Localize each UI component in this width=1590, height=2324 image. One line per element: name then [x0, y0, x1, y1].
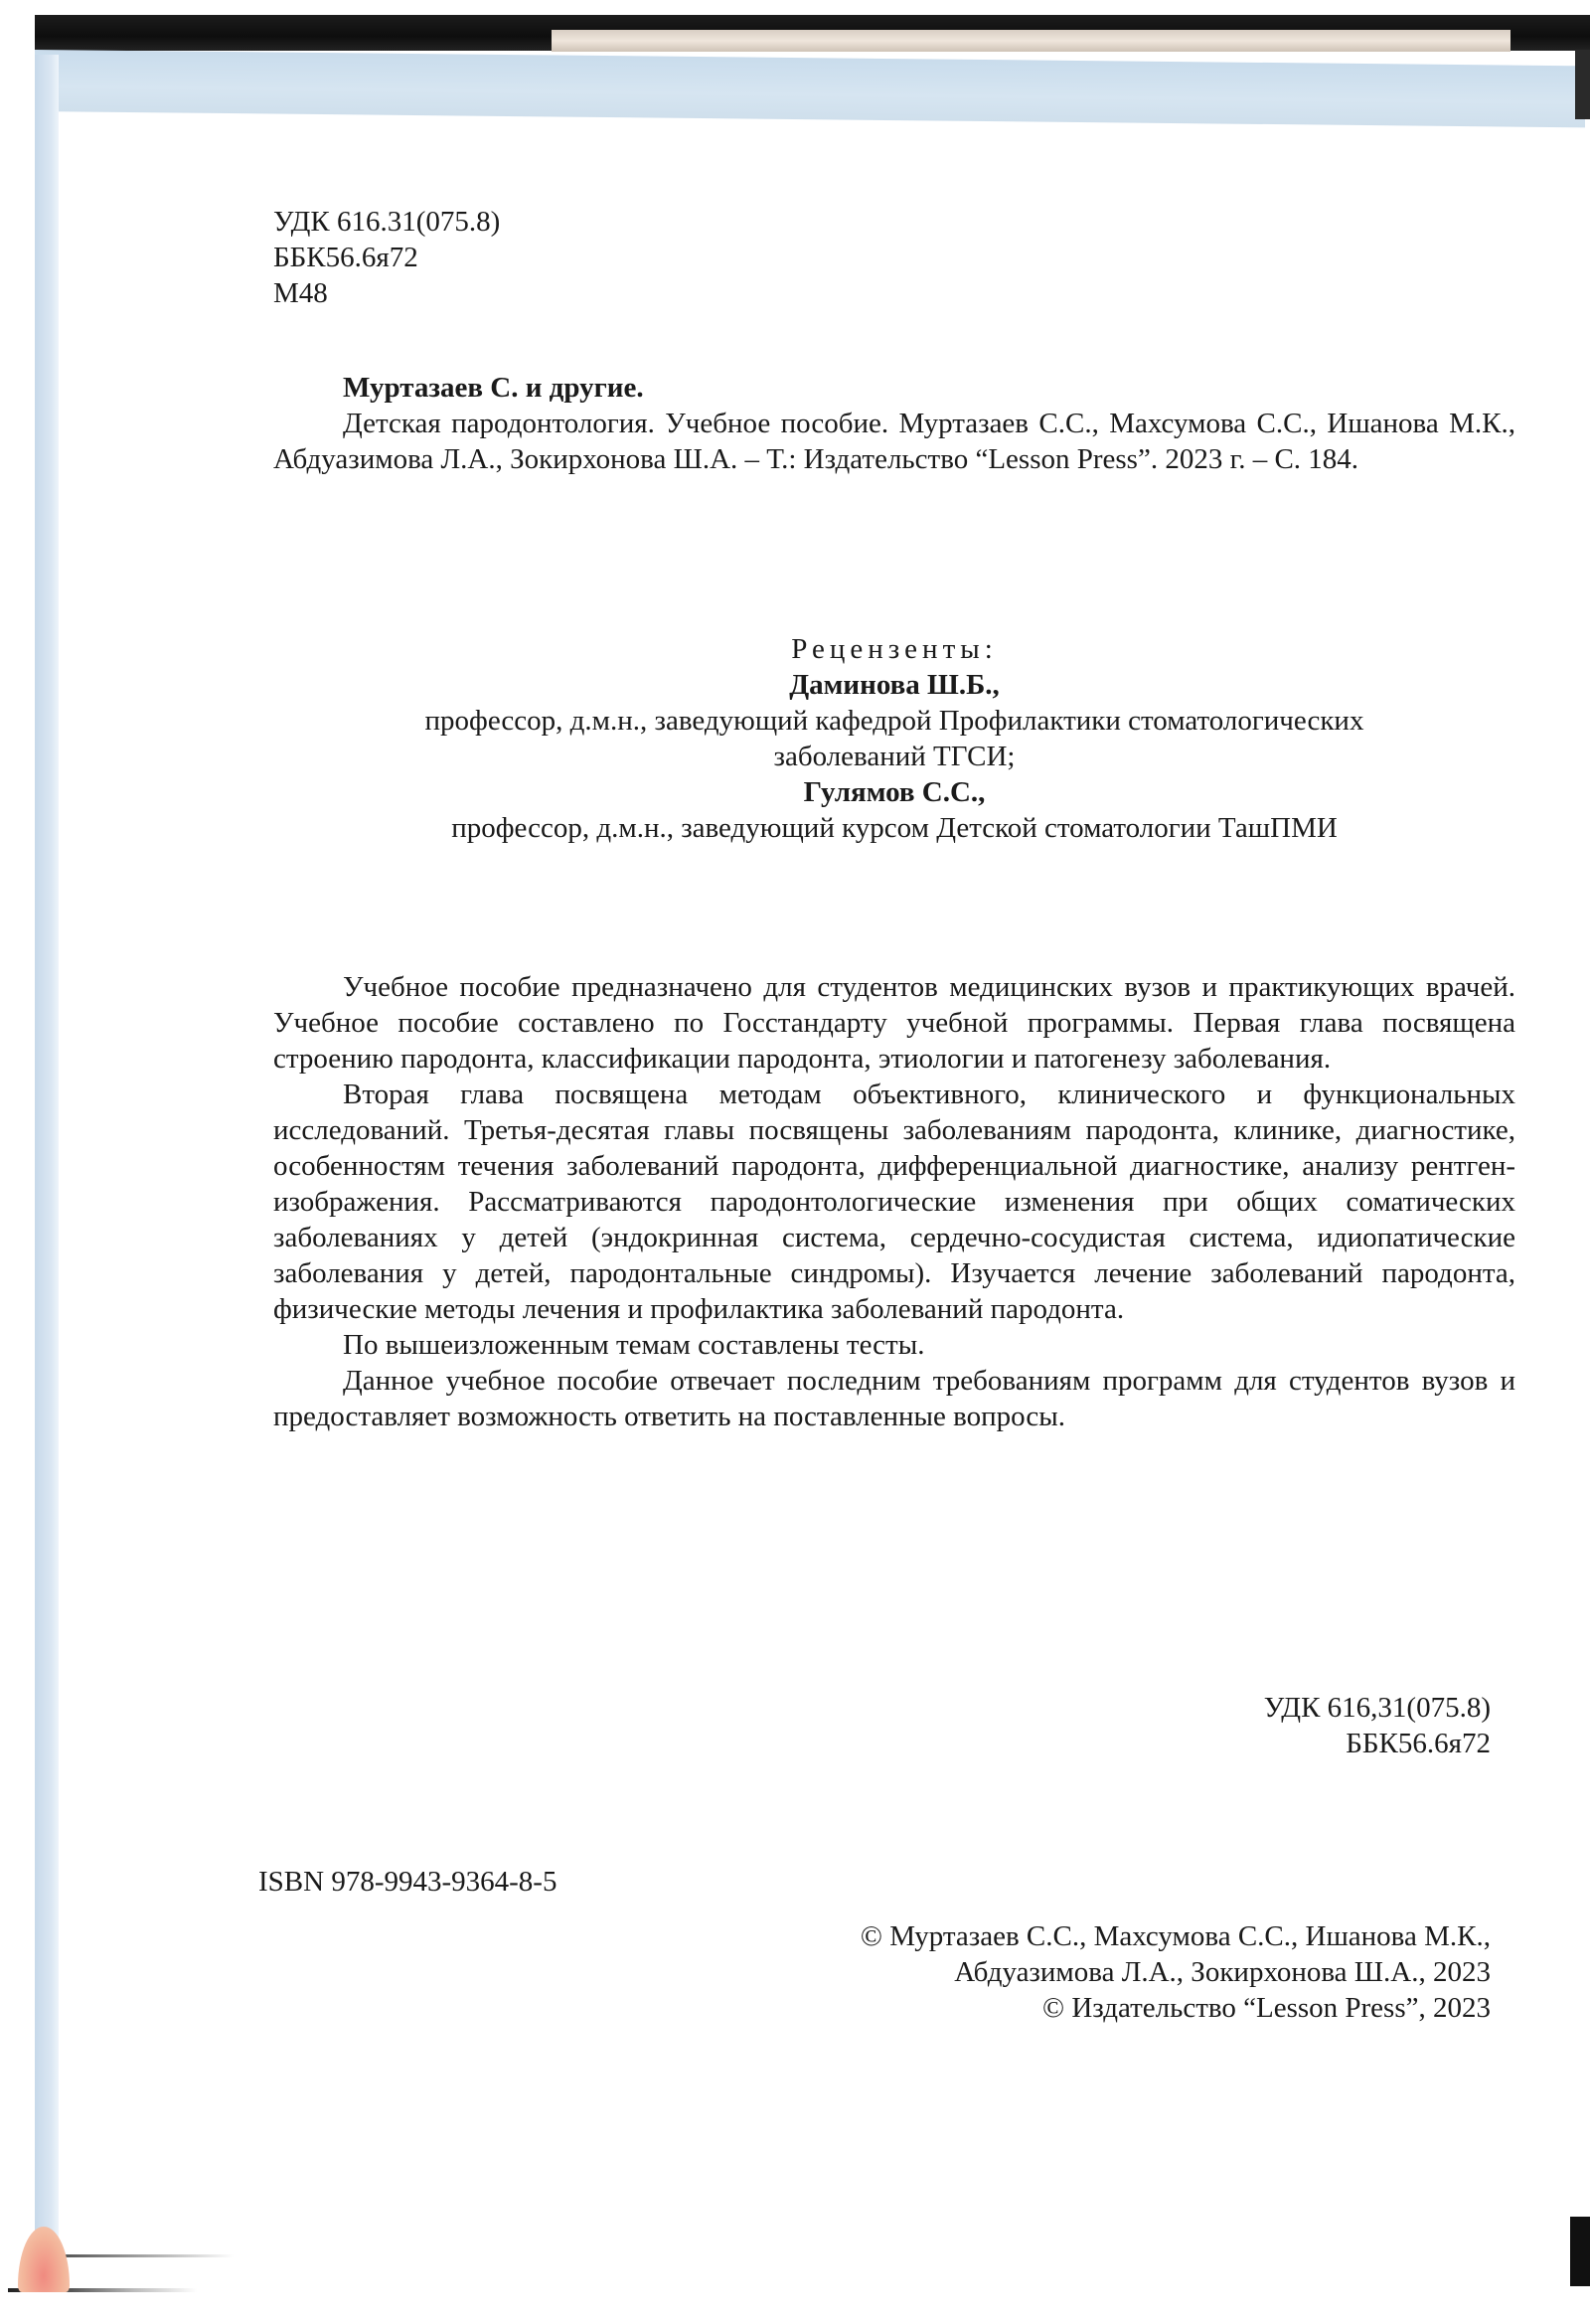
- page-edge-strip: [552, 30, 1510, 52]
- bbk-code: ББК56.6я72: [273, 1726, 1491, 1761]
- annotation-paragraph: По вышеизложенным темам составлены тесты…: [273, 1327, 1515, 1363]
- bbk-code: ББК56.6я72: [273, 240, 1515, 275]
- author-mark: М48: [273, 275, 1515, 311]
- copyright-authors-cont: Абдуазимова Л.А., Зокирхонова Ш.А., 2023: [273, 1954, 1491, 1990]
- annotation-paragraph: Вторая глава посвящена методам объективн…: [273, 1077, 1515, 1327]
- fingertip-image: [18, 2227, 70, 2292]
- udk-code: УДК 616,31(075.8): [273, 1690, 1491, 1726]
- copyright-authors: © Муртазаев С.С., Махсумова С.С., Ишанов…: [273, 1918, 1491, 1954]
- classification-codes: УДК 616.31(075.8) ББК56.6я72 М48: [273, 204, 1515, 311]
- reviewer-title: заболеваний ТГСИ;: [273, 739, 1515, 774]
- reviewer-name: Даминова Ш.Б.,: [273, 667, 1515, 703]
- author-line: Муртазаев С. и другие.: [273, 370, 1515, 406]
- classification-codes-repeat: УДК 616,31(075.8) ББК56.6я72: [273, 1690, 1491, 1761]
- isbn: ISBN 978-9943-9364-8-5: [258, 1864, 1053, 1900]
- right-edge-shadow: [1575, 50, 1590, 119]
- cover-left-edge: [35, 55, 59, 2271]
- bibliographic-record: Муртазаев С. и другие. Детская пародонто…: [273, 370, 1515, 477]
- reviewers-section: Рецензенты: Даминова Ш.Б., профессор, д.…: [273, 631, 1515, 846]
- annotation-paragraph: Учебное пособие предназначено для студен…: [273, 969, 1515, 1077]
- copyright-publisher: © Издательство “Lesson Press”, 2023: [273, 1990, 1491, 2026]
- bottom-page-edge-line: [65, 2254, 234, 2257]
- annotation-paragraph: Данное учебное пособие отвечает последни…: [273, 1363, 1515, 1434]
- isbn-number: ISBN 978-9943-9364-8-5: [258, 1864, 1053, 1900]
- annotation: Учебное пособие предназначено для студен…: [273, 969, 1515, 1434]
- copyright-block: © Муртазаев С.С., Махсумова С.С., Ишанов…: [273, 1918, 1491, 2026]
- reviewer-name: Гулямов С.С.,: [273, 774, 1515, 810]
- udk-code: УДК 616.31(075.8): [273, 204, 1515, 240]
- reviewer-title: профессор, д.м.н., заведующий курсом Дет…: [273, 810, 1515, 846]
- reviewers-heading: Рецензенты:: [273, 631, 1515, 667]
- cover-binding-band: [35, 50, 1585, 127]
- right-bottom-shadow: [1570, 2217, 1590, 2286]
- bibliographic-description: Детская пародонтология. Учебное пособие.…: [273, 406, 1515, 477]
- reviewer-title: профессор, д.м.н., заведующий кафедрой П…: [273, 703, 1515, 739]
